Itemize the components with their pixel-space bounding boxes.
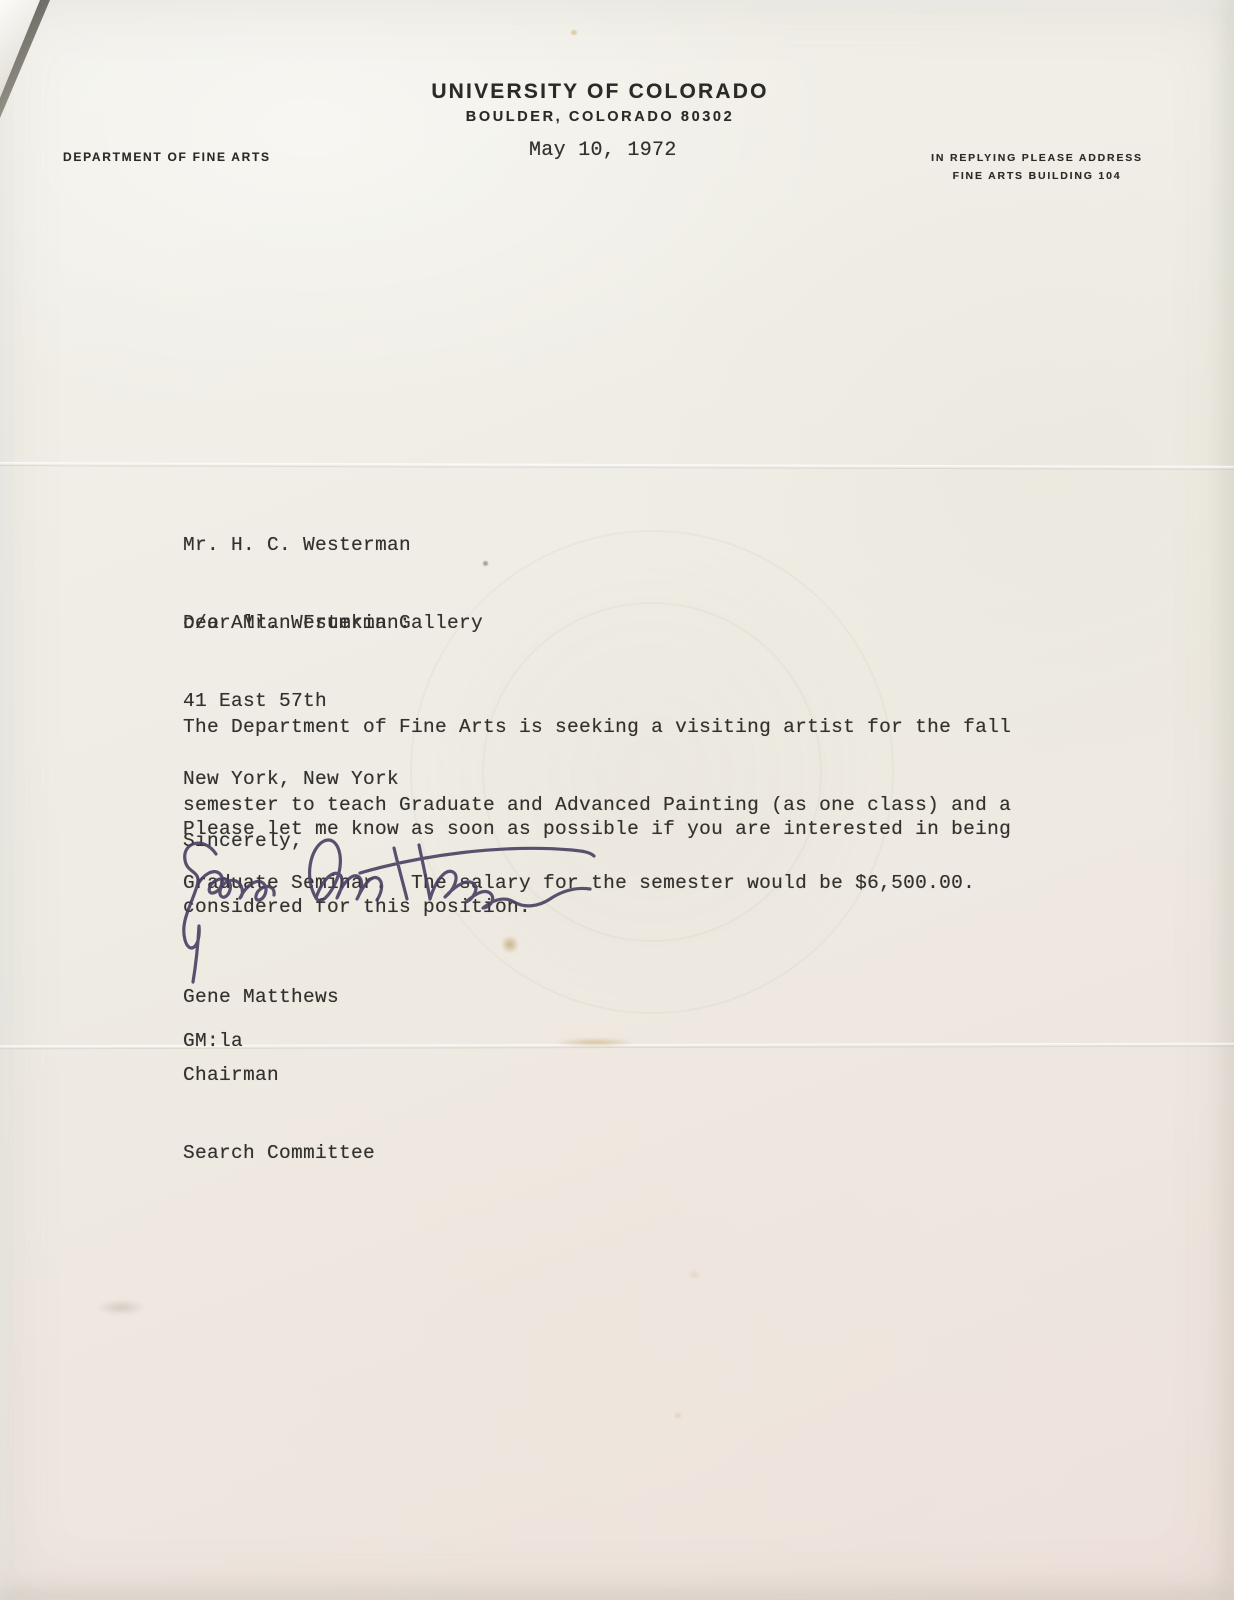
letter-page: UNIVERSITY OF COLORADO BOULDER, COLORADO… <box>0 0 1234 1600</box>
letter-date: May 10, 1972 <box>529 138 677 164</box>
paper-smudge-lower-left <box>98 1300 144 1315</box>
paper-speck-top <box>571 30 577 35</box>
recipient-name: Mr. H. C. Westerman <box>183 532 483 558</box>
letterhead-location: BOULDER, COLORADO 80302 <box>0 109 1200 125</box>
signer-committee: Search Committee <box>183 1140 375 1166</box>
body-p1-line1: The Department of Fine Arts is seeking a… <box>183 714 1011 740</box>
signer-name: Gene Matthews <box>183 984 375 1010</box>
signer-block: Gene Matthews Chairman Search Committee <box>183 932 375 1218</box>
letterhead-reply-line2: FINE ARTS BUILDING 104 <box>930 167 1144 185</box>
typist-reference: GM:la <box>183 1028 243 1054</box>
paper-speck-lower-middle <box>688 1270 700 1279</box>
salutation: Dear Mr. Westerman: <box>183 610 411 636</box>
letterhead-university-name: UNIVERSITY OF COLORADO <box>0 80 1200 104</box>
letterhead-department: DEPARTMENT OF FINE ARTS <box>63 150 271 164</box>
signer-title: Chairman <box>183 1062 375 1088</box>
letterhead-reply-line1: IN REPLYING PLEASE ADDRESS <box>930 149 1144 167</box>
paper-stain-on-crease <box>556 1038 634 1047</box>
fold-crease-upper <box>0 462 1234 470</box>
paper-speck-center <box>483 561 488 566</box>
paper-speck-bottom <box>674 1412 682 1419</box>
letterhead-reply-note: IN REPLYING PLEASE ADDRESS FINE ARTS BUI… <box>930 149 1144 185</box>
paper-stain-near-signature <box>500 936 520 953</box>
